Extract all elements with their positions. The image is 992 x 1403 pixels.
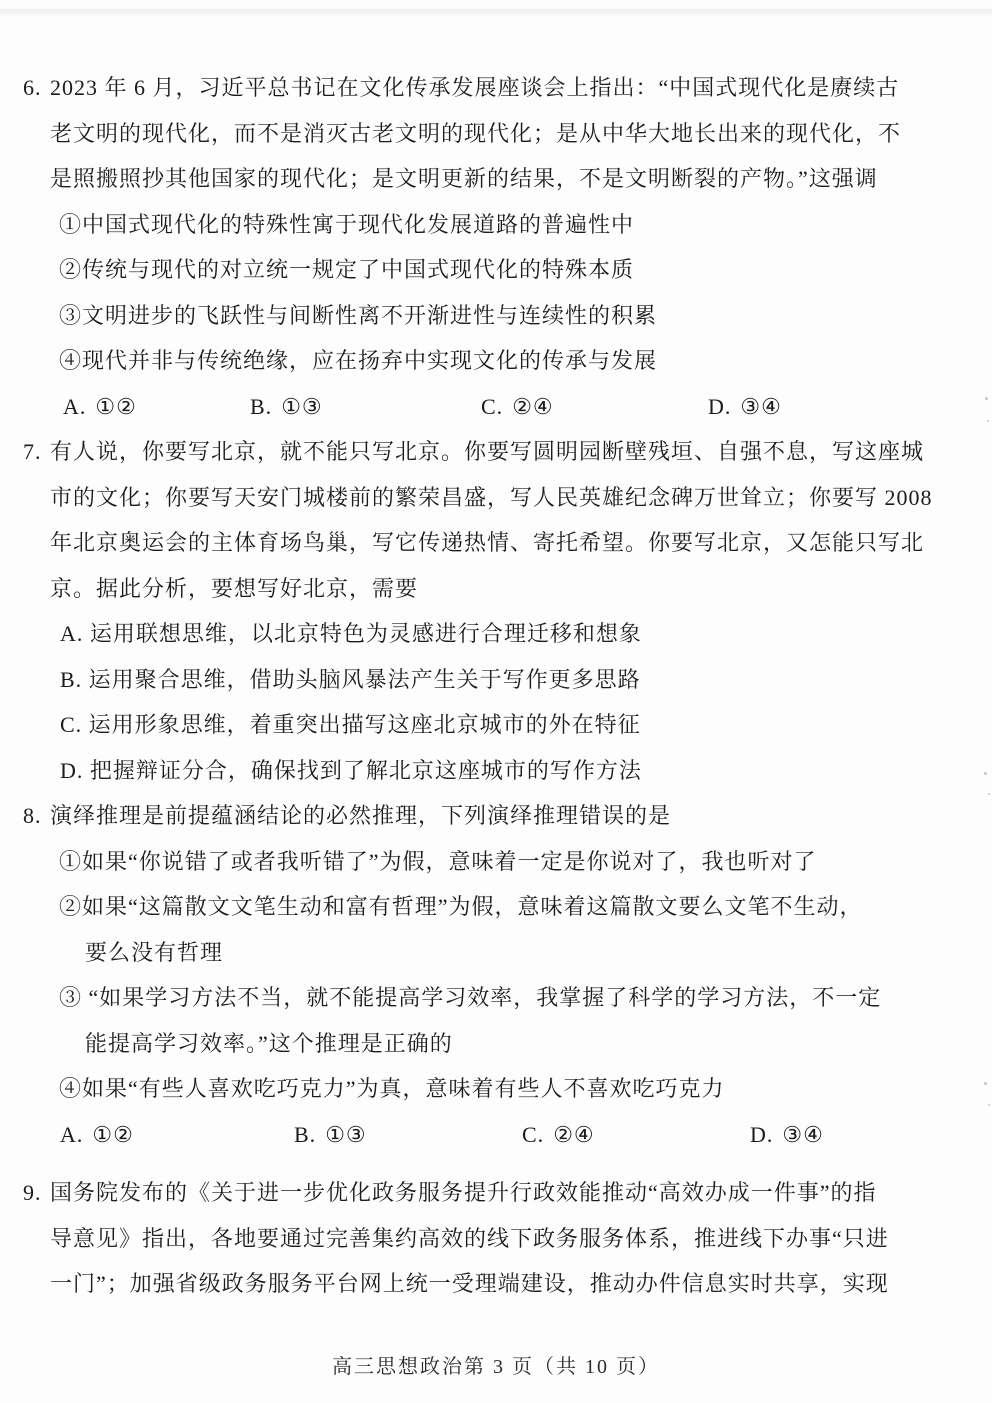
page-footer: 高三思想政治第 3 页（共 10 页） <box>0 1350 992 1379</box>
question-8-item-3-line-1: ③ “如果学习方法不当，就不能提高学习效率，我掌握了科学的学习方法，不一定 <box>23 975 992 1021</box>
question-7-stem-line-1: 7.有人说，你要写北京，就不能只写北京。你要写圆明园断壁残垣、自强不息，写这座城 <box>23 429 992 475</box>
question-6-stem-text-1: 2023 年 6 月，习近平总书记在文化传承发展座谈会上指出：“中国式现代化是赓… <box>50 75 899 100</box>
scan-edge-shadow <box>0 9 992 18</box>
scan-artifact <box>988 793 990 795</box>
question-8-item-3-line-2: 能提高学习效率。”这个推理是正确的 <box>23 1021 992 1067</box>
question-6-choice-a: A.①② <box>63 384 250 430</box>
question-8-choice-a: A.①② <box>60 1112 294 1158</box>
question-6-stem-line-3: 是照搬照抄其他国家的现代化；是文明更新的结果，不是文明断裂的产物。”这强调 <box>23 156 992 202</box>
question-6-item-2: ②传统与现代的对立统一规定了中国式现代化的特殊本质 <box>23 247 992 293</box>
question-6-choice-c: C.②④ <box>481 384 708 430</box>
scan-artifact <box>988 1104 990 1106</box>
question-6-choice-b: B.①③ <box>250 384 481 430</box>
question-9-stem-line-1: 9.国务院发布的《关于进一步优化政务服务提升行政效能推动“高效办成一件事”的指 <box>23 1170 992 1216</box>
question-8-number: 8. <box>23 793 50 839</box>
question-9: 9.国务院发布的《关于进一步优化政务服务提升行政效能推动“高效办成一件事”的指 … <box>23 1170 992 1307</box>
scan-artifact <box>987 420 989 422</box>
question-6-number: 6. <box>23 65 50 111</box>
exam-page: 6.2023 年 6 月，习近平总书记在文化传承发展座谈会上指出：“中国式现代化… <box>0 0 992 1403</box>
question-6-item-4: ④现代并非与传统绝缘，应在扬弃中实现文化的传承与发展 <box>23 338 992 384</box>
question-7-option-b: B. 运用聚合思维，借助头脑风暴法产生关于写作更多思路 <box>23 657 992 703</box>
question-8-item-4: ④如果“有些人喜欢吃巧克力”为真，意味着有些人不喜欢吃巧克力 <box>23 1066 992 1112</box>
question-6-item-1: ①中国式现代化的特殊性寓于现代化发展道路的普遍性中 <box>23 202 992 248</box>
question-8-choices: A.①② B.①③ C.②④ D.③④ <box>23 1112 992 1158</box>
question-8-stem-text-1: 演绎推理是前提蕴涵结论的必然推理，下列演绎推理错误的是 <box>50 803 671 828</box>
question-8-item-1: ①如果“你说错了或者我听错了”为假，意味着一定是你说对了，我也听对了 <box>23 839 992 885</box>
question-8-choice-d: D.③④ <box>750 1112 824 1158</box>
question-8-item-2-line-1: ②如果“这篇散文文笔生动和富有哲理”为假，意味着这篇散文要么文笔不生动， <box>23 884 992 930</box>
question-6-choices: A.①② B.①③ C.②④ D.③④ <box>23 384 992 430</box>
question-8: 8.演绎推理是前提蕴涵结论的必然推理，下列演绎推理错误的是 ①如果“你说错了或者… <box>23 793 992 1157</box>
scan-artifact <box>984 772 987 775</box>
question-6-item-3: ③文明进步的飞跃性与间断性离不开渐进性与连续性的积累 <box>23 293 992 339</box>
question-6: 6.2023 年 6 月，习近平总书记在文化传承发展座谈会上指出：“中国式现代化… <box>23 65 992 429</box>
question-9-stem-line-3: 一门”；加强省级政务服务平台网上统一受理端建设，推动办件信息实时共享，实现 <box>23 1261 992 1307</box>
question-8-stem-line-1: 8.演绎推理是前提蕴涵结论的必然推理，下列演绎推理错误的是 <box>23 793 992 839</box>
question-8-choice-c: C.②④ <box>522 1112 750 1158</box>
question-7: 7.有人说，你要写北京，就不能只写北京。你要写圆明园断壁残垣、自强不息，写这座城… <box>23 429 992 793</box>
question-8-choice-b: B.①③ <box>294 1112 522 1158</box>
question-6-stem-line-2: 老文明的现代化，而不是消灭古老文明的现代化；是从中华大地长出来的现代化，不 <box>23 111 992 157</box>
question-7-stem-line-3: 年北京奥运会的主体育场鸟巢，写它传递热情、寄托希望。你要写北京，又怎能只写北 <box>23 520 992 566</box>
question-6-choice-d: D.③④ <box>708 384 782 430</box>
question-9-stem-text-1: 国务院发布的《关于进一步优化政务服务提升行政效能推动“高效办成一件事”的指 <box>50 1180 877 1205</box>
question-7-stem-line-4: 京。据此分析，要想写好北京，需要 <box>23 566 992 612</box>
question-7-stem-line-2: 市的文化；你要写天安门城楼前的繁荣昌盛，写人民英雄纪念碑万世耸立；你要写 200… <box>23 475 992 521</box>
question-7-option-c: C. 运用形象思维，着重突出描写这座北京城市的外在特征 <box>23 702 992 748</box>
exam-content: 6.2023 年 6 月，习近平总书记在文化传承发展座谈会上指出：“中国式现代化… <box>0 0 992 1307</box>
question-7-stem-text-1: 有人说，你要写北京，就不能只写北京。你要写圆明园断壁残垣、自强不息，写这座城 <box>50 439 924 464</box>
question-7-option-d: D. 把握辩证分合，确保找到了解北京这座城市的写作方法 <box>23 748 992 794</box>
scan-artifact <box>984 1082 987 1085</box>
question-9-stem-line-2: 导意见》指出，各地要通过完善集约高效的线下政务服务体系，推进线下办事“只进 <box>23 1216 992 1262</box>
question-7-option-a: A. 运用联想思维，以北京特色为灵感进行合理迁移和想象 <box>23 611 992 657</box>
question-8-item-2-line-2: 要么没有哲理 <box>23 930 992 976</box>
scan-artifact <box>985 397 988 400</box>
question-7-number: 7. <box>23 429 50 475</box>
question-9-number: 9. <box>23 1170 50 1216</box>
question-6-stem-line-1: 6.2023 年 6 月，习近平总书记在文化传承发展座谈会上指出：“中国式现代化… <box>23 65 992 111</box>
